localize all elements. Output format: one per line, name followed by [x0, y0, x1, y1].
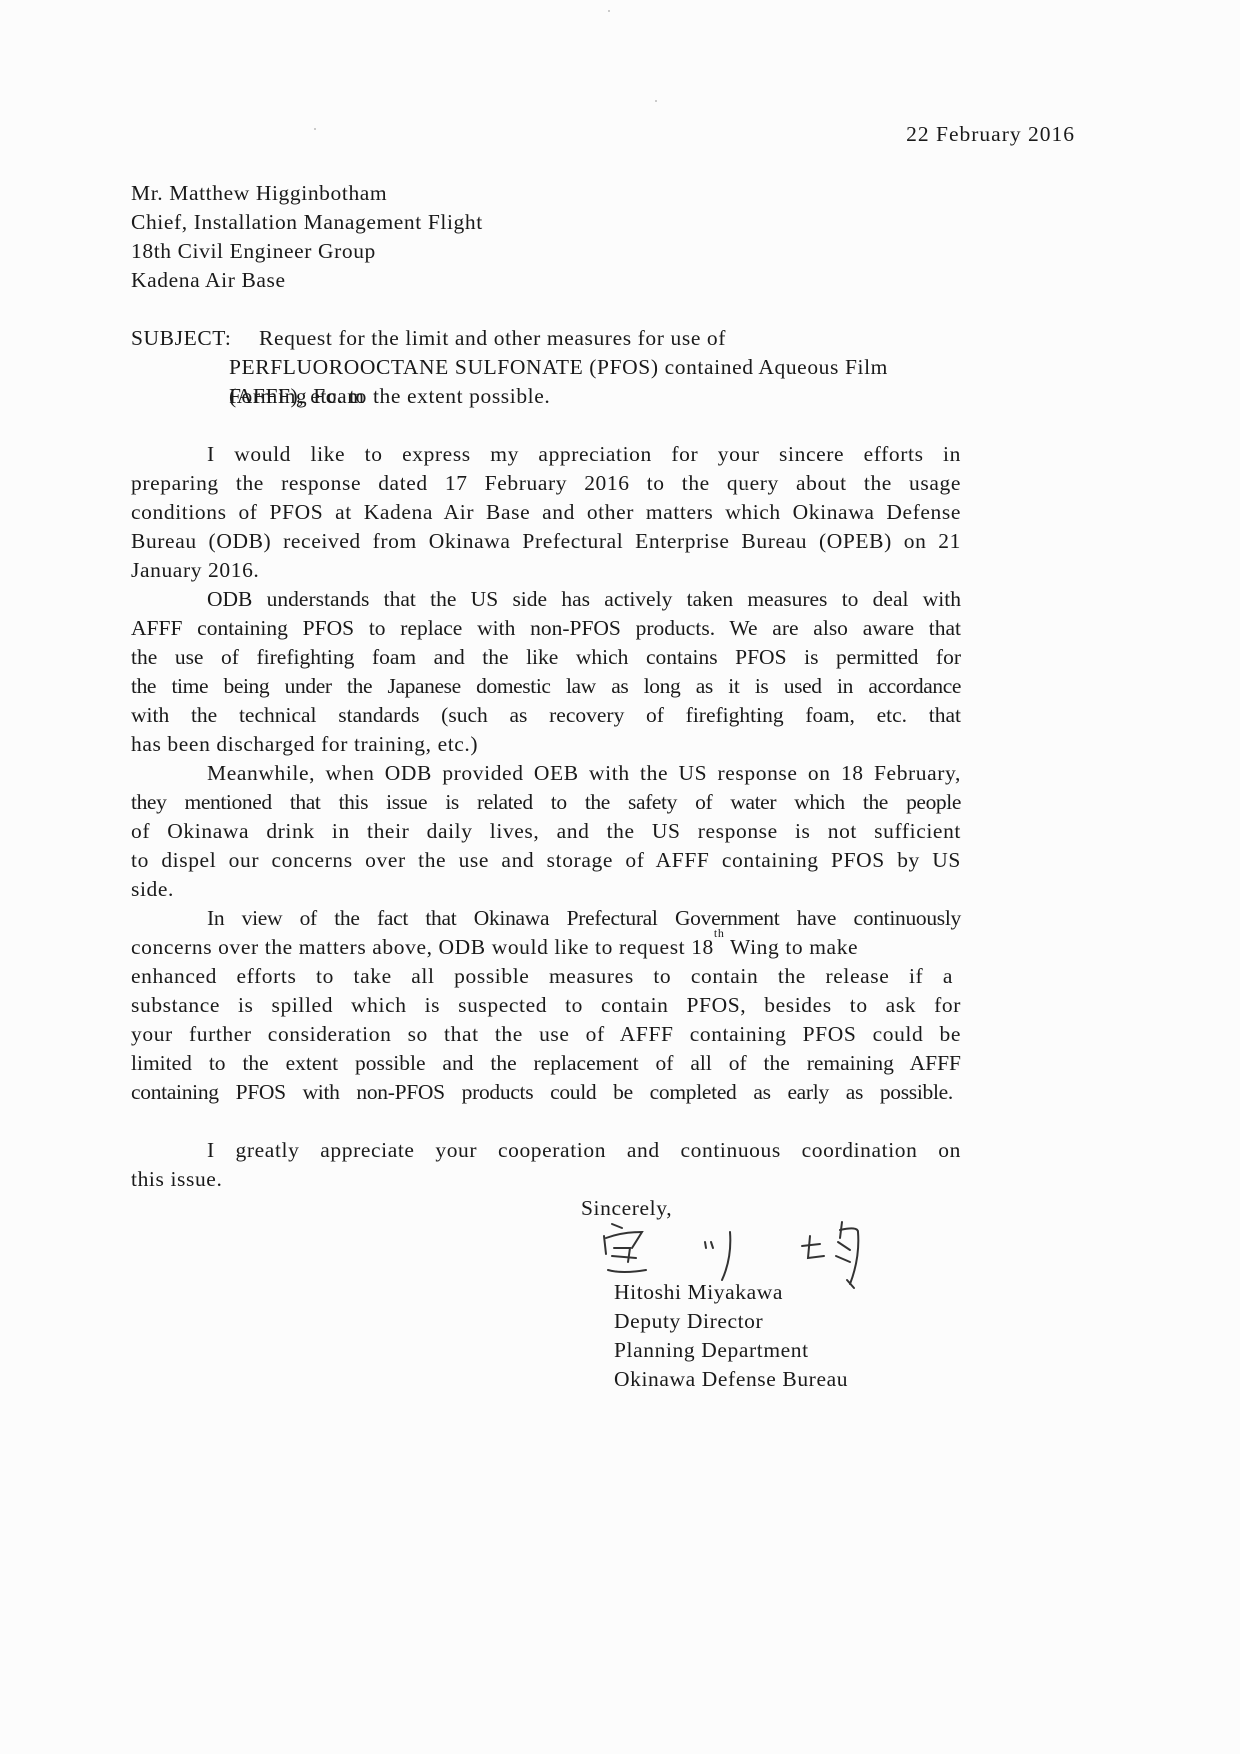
- body-line-text: concerns over the matters above, ODB wou…: [131, 933, 714, 962]
- body-line: substance is spilled which is suspected …: [131, 991, 961, 1020]
- scan-speck: [608, 10, 610, 12]
- body-line: the use of firefighting foam and the lik…: [131, 643, 961, 672]
- signatory-title: Deputy Director: [614, 1307, 763, 1336]
- body-line: preparing the response dated 17 February…: [131, 469, 961, 498]
- body-line: Meanwhile, when ODB provided OEB with th…: [207, 759, 961, 788]
- subject-line: Request for the limit and other measures…: [259, 324, 726, 353]
- body-line: Bureau (ODB) received from Okinawa Prefe…: [131, 527, 961, 556]
- signatory-organization: Okinawa Defense Bureau: [614, 1365, 848, 1394]
- body-line: concerns over the matters above, ODB wou…: [131, 933, 961, 962]
- body-line: I greatly appreciate your cooperation an…: [207, 1136, 961, 1165]
- scan-speck: [745, 487, 747, 489]
- body-line: AFFF containing PFOS to replace with non…: [131, 614, 961, 643]
- body-line: has been discharged for training, etc.): [131, 730, 478, 759]
- body-line: January 2016.: [131, 556, 259, 585]
- body-line: with the technical standards (such as re…: [131, 701, 961, 730]
- body-line-text: Wing to make: [724, 933, 858, 962]
- subject-label: SUBJECT:: [131, 324, 232, 353]
- body-line: they mentioned that this issue is relate…: [131, 788, 961, 817]
- scan-speck: [655, 100, 657, 102]
- body-line: this issue.: [131, 1165, 222, 1194]
- body-line: containing PFOS with non-PFOS products c…: [131, 1078, 953, 1107]
- body-line: enhanced efforts to take all possible me…: [131, 962, 953, 991]
- body-line: your further consideration so that the u…: [131, 1020, 961, 1049]
- recipient-location: Kadena Air Base: [131, 266, 286, 295]
- body-line: to dispel our concerns over the use and …: [131, 846, 961, 875]
- signatory-department: Planning Department: [614, 1336, 809, 1365]
- body-line: side.: [131, 875, 174, 904]
- recipient-name: Mr. Matthew Higginbotham: [131, 179, 387, 208]
- recipient-unit: 18th Civil Engineer Group: [131, 237, 376, 266]
- scan-speck: [314, 128, 316, 130]
- body-line: conditions of PFOS at Kadena Air Base an…: [131, 498, 961, 527]
- body-line: I would like to express my appreciation …: [207, 440, 961, 469]
- body-line: In view of the fact that Okinawa Prefect…: [207, 904, 961, 933]
- body-line: of Okinawa drink in their daily lives, a…: [131, 817, 961, 846]
- recipient-title: Chief, Installation Management Flight: [131, 208, 483, 237]
- letter-page: 22 February 2016 Mr. Matthew Higginbotha…: [0, 0, 1240, 1754]
- signatory-name: Hitoshi Miyakawa: [614, 1278, 783, 1307]
- body-line: ODB understands that the US side has act…: [207, 585, 961, 614]
- letter-date: 22 February 2016: [906, 120, 1075, 149]
- body-line: limited to the extent possible and the r…: [131, 1049, 961, 1078]
- subject-line: (AFFF), etc. to the extent possible.: [229, 382, 550, 411]
- ordinal-suffix: th: [714, 933, 725, 962]
- body-line: the time being under the Japanese domest…: [131, 672, 961, 701]
